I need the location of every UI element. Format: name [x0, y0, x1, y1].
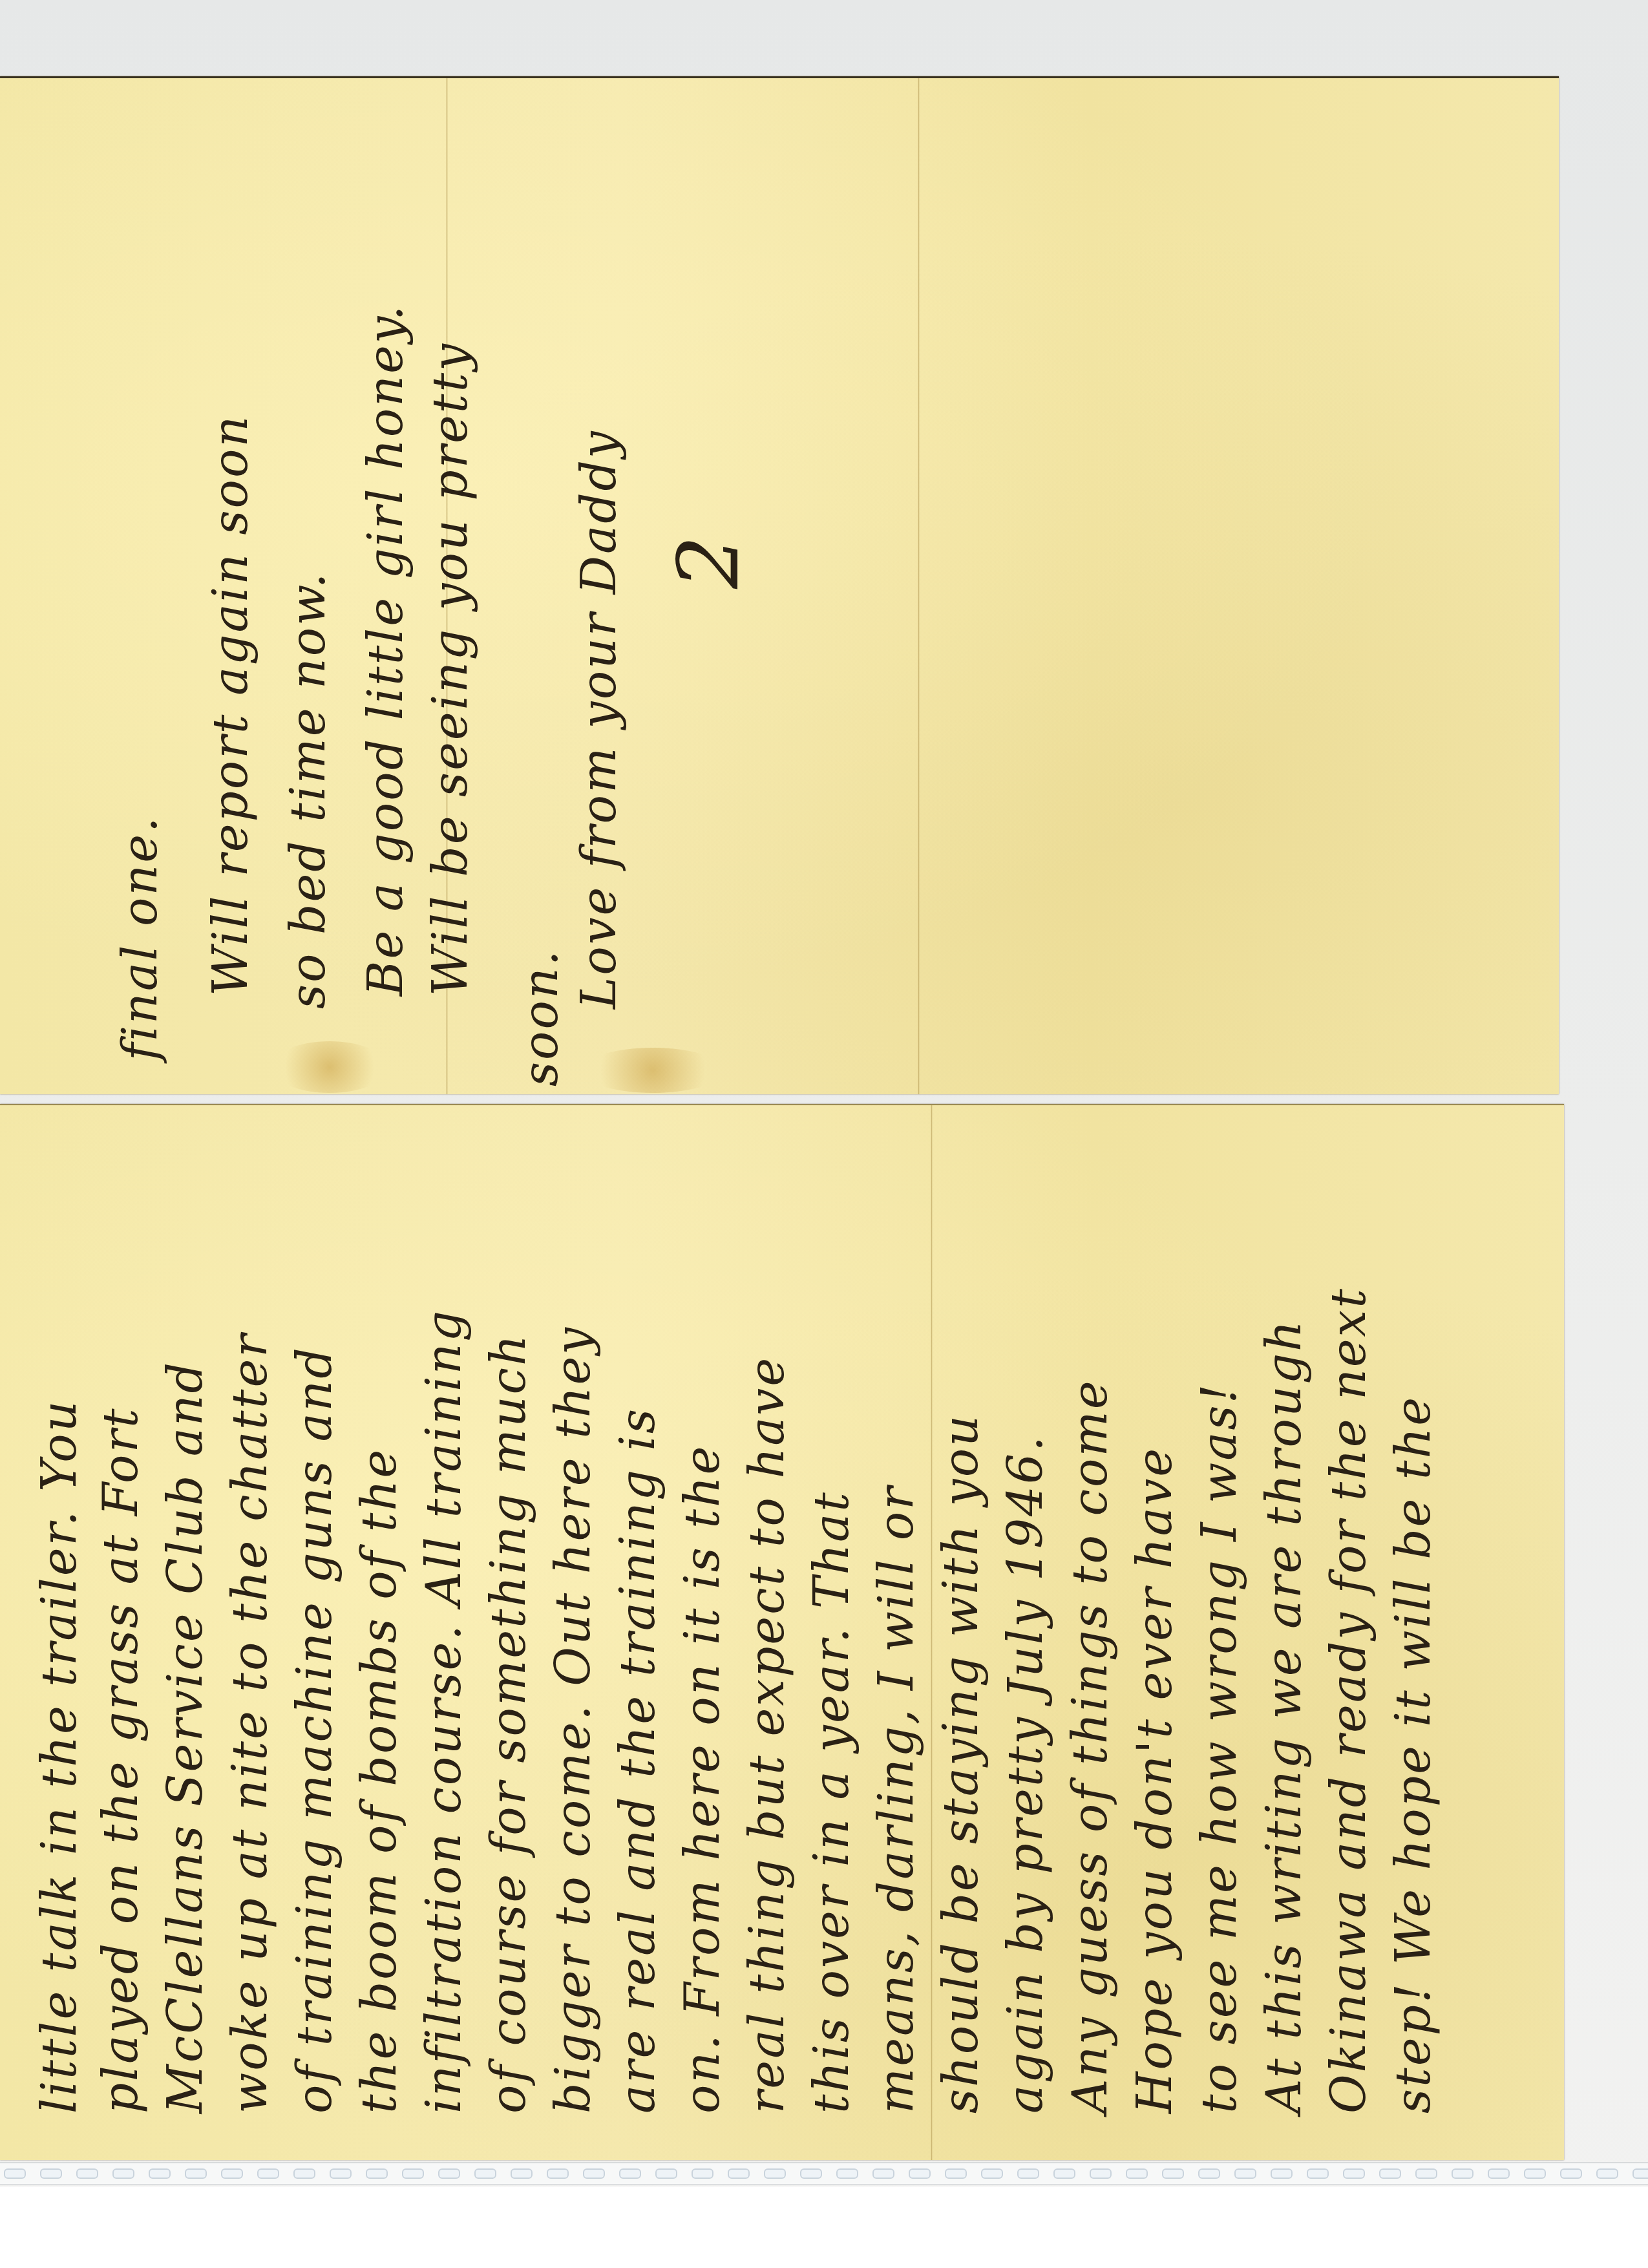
sheet-protector-perforation	[0, 2162, 1648, 2185]
letter-line: infiltration course. All training	[420, 1309, 468, 2114]
letter-line: little talk in the trailer. You	[36, 1399, 83, 2114]
perforation-hole	[1271, 2168, 1293, 2179]
perforation-hole	[293, 2168, 315, 2179]
letter-line: should be staying with you	[937, 1414, 985, 2114]
page-number: 2	[659, 535, 757, 589]
perforation-hole	[366, 2168, 388, 2179]
perforation-hole	[1162, 2168, 1184, 2179]
perforation-hole	[1524, 2168, 1546, 2179]
perforation-hole	[511, 2168, 533, 2179]
perforation-hole	[764, 2168, 786, 2179]
letter-line: the boom of bombs of the	[355, 1448, 403, 2114]
perforation-hole	[185, 2168, 207, 2179]
perforation-hole	[1632, 2168, 1648, 2179]
perforation-hole	[76, 2168, 98, 2179]
perforation-hole	[402, 2168, 424, 2179]
fold-crease	[931, 1105, 933, 2160]
letter-line: McClellans Service Club and	[162, 1361, 209, 2114]
perforation-hole	[728, 2168, 750, 2179]
perforation-hole	[909, 2168, 931, 2179]
perforation-hole	[257, 2168, 279, 2179]
perforation-hole	[981, 2168, 1003, 2179]
perforation-hole	[4, 2168, 26, 2179]
letter-line: final one.	[116, 815, 164, 1061]
perforation-hole	[40, 2168, 62, 2179]
perforation-hole	[474, 2168, 496, 2179]
perforation-hole	[330, 2168, 352, 2179]
letter-line: step! We hope it will be the	[1389, 1395, 1437, 2114]
letter-line: to see me how wrong I was!	[1196, 1383, 1243, 2114]
letter-line: Will report again soon	[207, 414, 255, 996]
letter-line: Hope you don't ever have	[1131, 1447, 1179, 2114]
perforation-hole	[619, 2168, 641, 2179]
letter-line: At this writing we are through	[1260, 1319, 1308, 2114]
perforation-hole	[872, 2168, 894, 2179]
perforation-hole	[438, 2168, 460, 2179]
perforation-hole	[800, 2168, 822, 2179]
perforation-hole	[1053, 2168, 1075, 2179]
perforation-hole	[692, 2168, 713, 2179]
perforation-hole	[221, 2168, 243, 2179]
perforation-hole	[1415, 2168, 1437, 2179]
perforation-hole	[1560, 2168, 1582, 2179]
letter-line: Okinawa and ready for the next	[1325, 1287, 1373, 2114]
letter-line: are real and the training is	[614, 1407, 662, 2114]
perforation-hole	[1307, 2168, 1329, 2179]
letter-line: on. From here on it is the	[679, 1445, 726, 2114]
letter-line: again by pretty July 1946.	[1002, 1434, 1050, 2114]
scan-bottom-margin	[0, 2187, 1648, 2268]
letter-sheet-top: final one. Will report again soon so bed…	[0, 76, 1559, 1094]
fold-crease	[918, 78, 920, 1094]
perforation-hole	[1596, 2168, 1618, 2179]
letter-line: means, darling, I will or	[872, 1485, 920, 2114]
letter-line: Will be seeing you pretty	[427, 342, 474, 996]
perforation-hole	[1379, 2168, 1401, 2179]
letter-line: Be a good little girl honey.	[362, 304, 410, 996]
perforation-hole	[1017, 2168, 1039, 2179]
letter-line: so bed time now.	[284, 571, 332, 1009]
letter-line: soon.	[517, 949, 565, 1086]
perforation-hole	[1234, 2168, 1256, 2179]
perforation-hole	[547, 2168, 569, 2179]
letter-signoff: Love from your Daddy	[575, 429, 623, 1009]
perforation-hole	[945, 2168, 967, 2179]
letter-line: played on the grass at Fort	[97, 1406, 145, 2114]
perforation-hole	[655, 2168, 677, 2179]
letter-line: of course for something much	[485, 1333, 533, 2114]
letter-line: Any guess of things to come	[1066, 1379, 1114, 2114]
perforation-hole	[583, 2168, 605, 2179]
age-stain	[271, 1041, 388, 1093]
letter-sheet-bottom: little talk in the trailer. You played o…	[0, 1104, 1564, 2160]
perforation-hole	[1090, 2168, 1112, 2179]
perforation-hole	[1488, 2168, 1510, 2179]
perforation-hole	[1198, 2168, 1220, 2179]
age-stain	[582, 1048, 724, 1093]
perforation-hole	[1343, 2168, 1365, 2179]
perforation-hole	[149, 2168, 171, 2179]
letter-line: of training machine guns and	[291, 1346, 339, 2114]
perforation-hole	[112, 2168, 134, 2179]
perforation-hole	[1452, 2168, 1474, 2179]
letter-line: real thing but expect to have	[743, 1356, 791, 2114]
perforation-hole	[836, 2168, 858, 2179]
letter-line: this over in a year. That	[808, 1490, 856, 2114]
letter-line: woke up at nite to the chatter	[226, 1332, 274, 2114]
perforation-hole	[1126, 2168, 1148, 2179]
letter-line: bigger to come. Out here they	[549, 1326, 597, 2114]
